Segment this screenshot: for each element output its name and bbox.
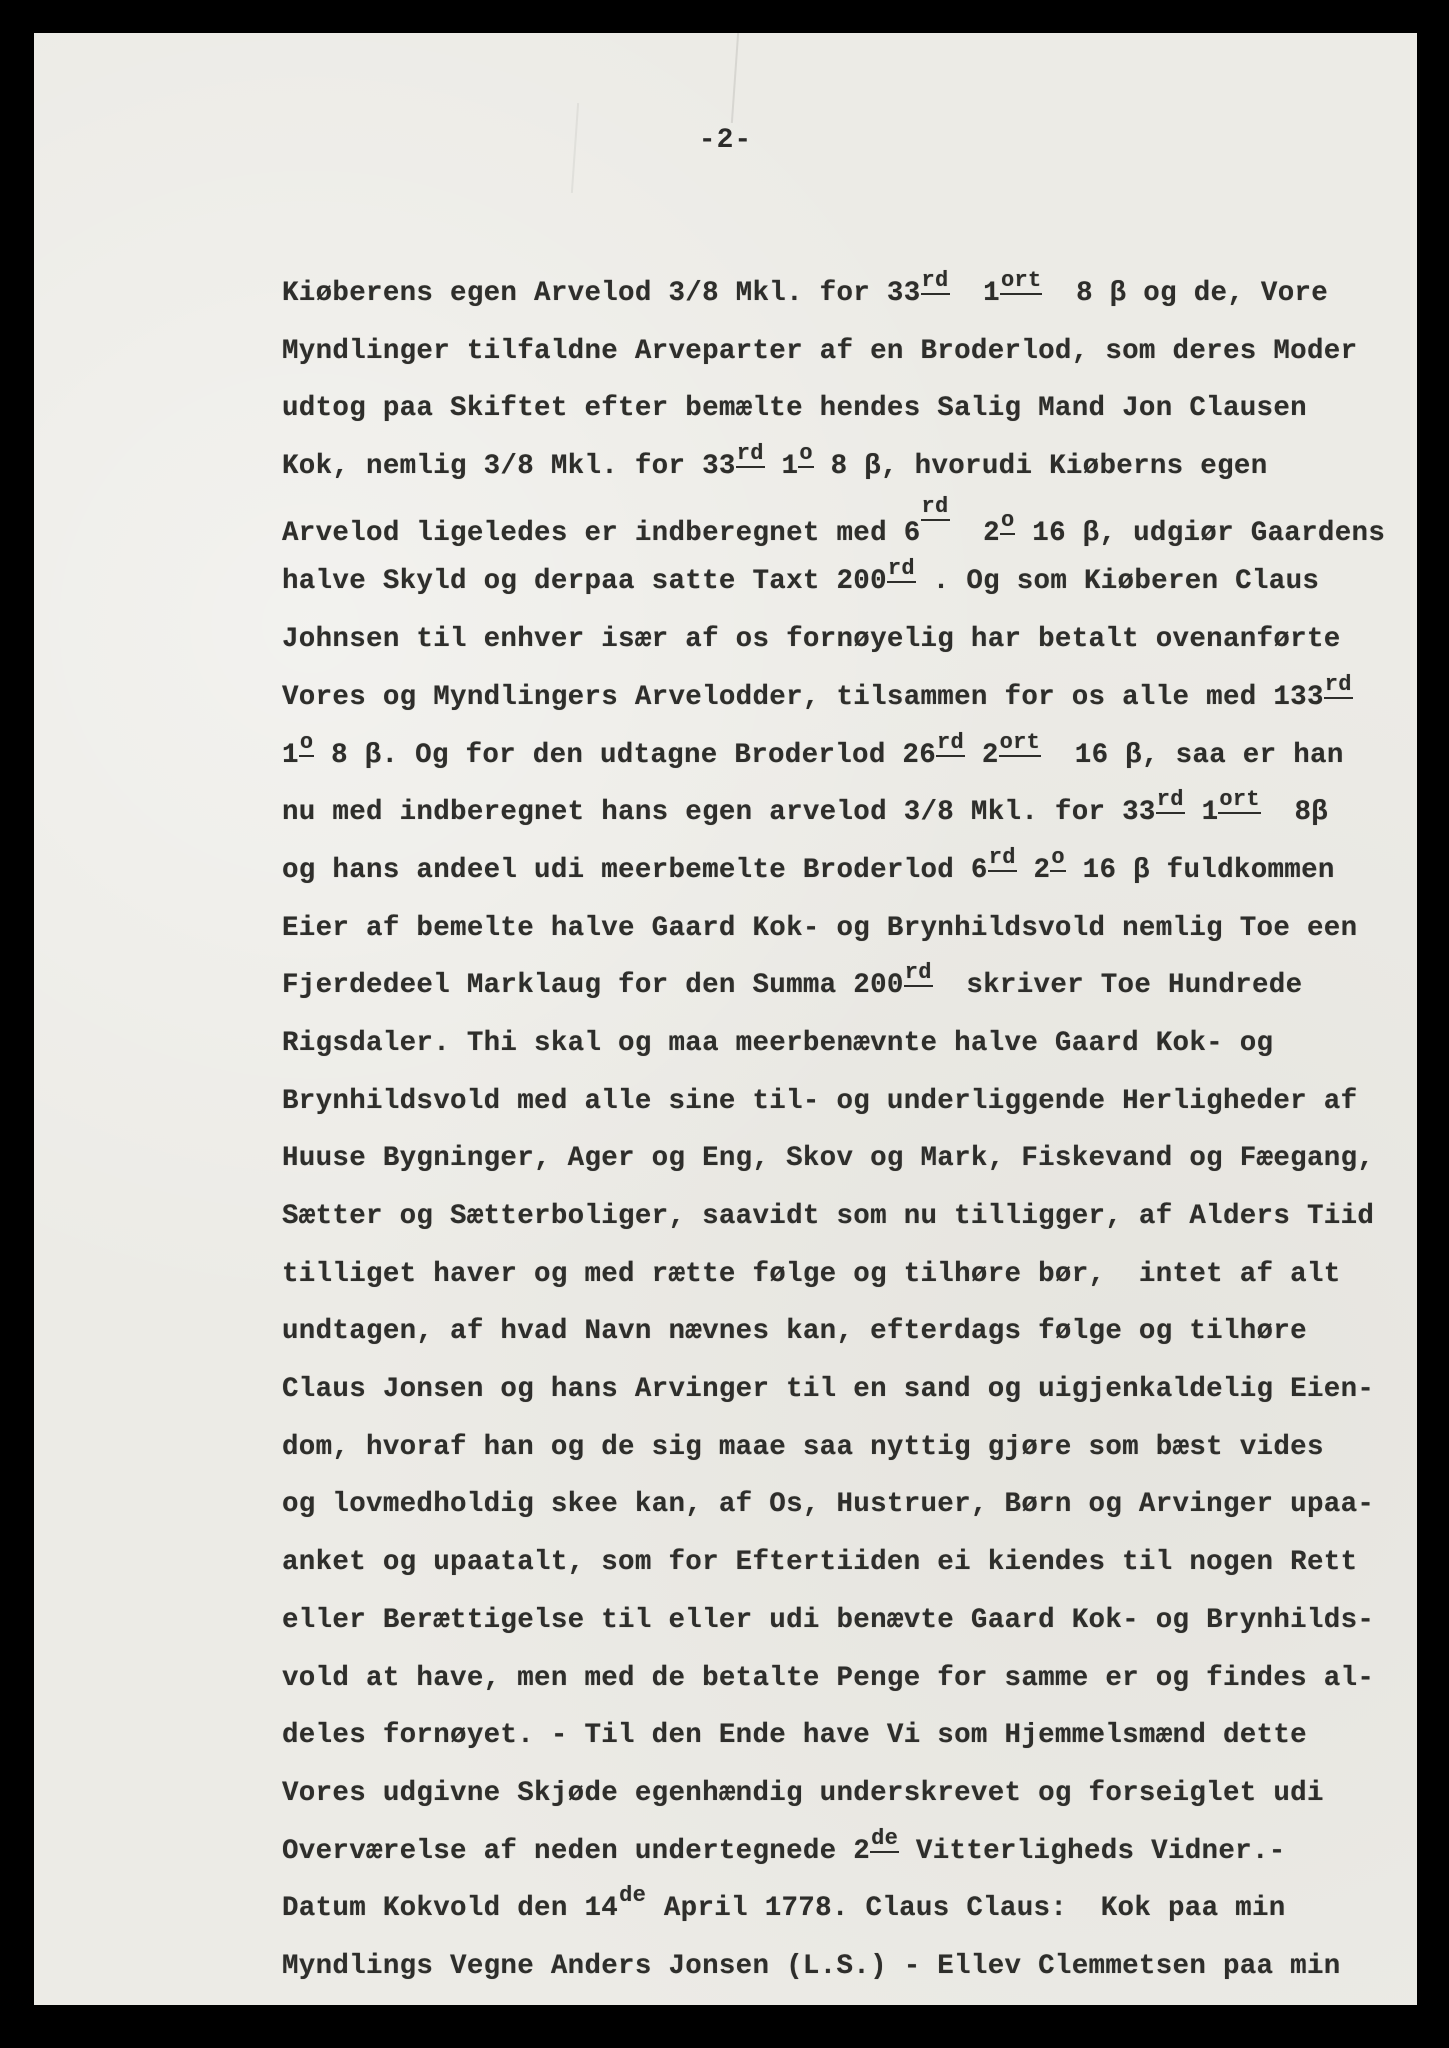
text-segment: 16 β fuldkommen — [1066, 855, 1335, 886]
superscript-abbreviation: rd — [921, 270, 950, 295]
text-segment: 2 — [950, 518, 1000, 549]
text-segment: Brynhildsvold med alle sine til- og unde… — [282, 1086, 1357, 1117]
text-line: deles fornøyet. - Til den Ende have Vi s… — [282, 1707, 1402, 1765]
superscript-abbreviation: ort — [999, 732, 1042, 757]
superscript-abbreviation: rd — [736, 443, 765, 468]
text-segment: 2 — [965, 740, 999, 771]
text-line: Kiøberens egen Arvelod 3/8 Mkl. for 33rd… — [282, 265, 1402, 323]
text-line: Claus Jonsen og hans Arvinger til en san… — [282, 1361, 1402, 1419]
text-segment: halve Skyld og derpaa satte Taxt 200 — [282, 566, 887, 597]
text-segment: skriver Toe Hundrede — [933, 970, 1303, 1001]
text-segment: Sætter og Sætterboliger, saavidt som nu … — [282, 1201, 1374, 1232]
text-line: undtagen, af hvad Navn nævnes kan, efter… — [282, 1303, 1402, 1361]
text-line: Rigsdaler. Thi skal og maa meerbenævnte … — [282, 1015, 1402, 1073]
page-number: -2- — [34, 125, 1417, 156]
text-segment: Vores udgivne Skjøde egenhændig underskr… — [282, 1778, 1324, 1809]
text-segment: April 1778. Claus Claus: Kok paa min — [647, 1893, 1286, 1924]
text-segment: Kok, nemlig 3/8 Mkl. for 33 — [282, 451, 736, 482]
text-line: Sætter og Sætterboliger, saavidt som nu … — [282, 1188, 1402, 1246]
text-segment: 1 — [950, 278, 1000, 309]
text-line: Myndlinger tilfaldne Arveparter af en Br… — [282, 323, 1402, 381]
text-segment: Fjerdedeel Marklaug for den Summa 200 — [282, 970, 904, 1001]
text-line: Fjerdedeel Marklaug for den Summa 200rd … — [282, 957, 1402, 1015]
text-line: Overværelse af neden undertegnede 2de Vi… — [282, 1823, 1402, 1881]
text-segment: Datum Kokvold den 14 — [282, 1893, 618, 1924]
text-segment: eller Berættigelse til eller udi benævte… — [282, 1605, 1374, 1636]
text-segment: 8 β og de, Vore — [1042, 278, 1328, 309]
text-segment: undtagen, af hvad Navn nævnes kan, efter… — [282, 1316, 1307, 1347]
text-segment: Claus Jonsen og hans Arvinger til en san… — [282, 1374, 1374, 1405]
text-segment: 1 — [765, 451, 799, 482]
superscript-abbreviation: rd — [936, 732, 965, 757]
superscript-abbreviation: o — [798, 443, 814, 468]
text-segment: Myndlinger tilfaldne Arveparter af en Br… — [282, 336, 1357, 367]
text-line: tilliget haver og med rætte følge og til… — [282, 1246, 1402, 1304]
text-line: Kok, nemlig 3/8 Mkl. for 33rd 1o 8 β, hv… — [282, 438, 1402, 496]
text-segment: 2 — [1017, 855, 1051, 886]
text-segment: deles fornøyet. - Til den Ende have Vi s… — [282, 1720, 1307, 1751]
text-segment: Kiøberens egen Arvelod 3/8 Mkl. for 33 — [282, 278, 921, 309]
text-segment: Overværelse af neden undertegnede 2 — [282, 1836, 870, 1867]
text-line: Brynhildsvold med alle sine til- og unde… — [282, 1073, 1402, 1131]
superscript-abbreviation: o — [1000, 510, 1016, 535]
text-segment: 8β — [1261, 797, 1328, 828]
text-segment: 1 — [1185, 797, 1219, 828]
text-segment: anket og upaatalt, som for Eftertiiden e… — [282, 1547, 1357, 1578]
text-line: 1o 8 β. Og for den udtagne Broderlod 26r… — [282, 727, 1402, 785]
text-line: Johnsen til enhver især af os fornøyelig… — [282, 611, 1402, 669]
superscript-abbreviation: rd — [1156, 789, 1185, 814]
text-line: Eier af bemelte halve Gaard Kok- og Bryn… — [282, 900, 1402, 958]
text-line: og hans andeel udi meerbemelte Broderlod… — [282, 842, 1402, 900]
paper-crease-mark — [731, 33, 739, 123]
text-segment: 8 β. Og for den udtagne Broderlod 26 — [314, 740, 936, 771]
superscript-abbreviation: rd — [988, 847, 1017, 872]
text-line: Vores udgivne Skjøde egenhændig underskr… — [282, 1765, 1402, 1823]
superscript-abbreviation: rd — [921, 496, 950, 521]
text-segment: Huuse Bygninger, Ager og Eng, Skov og Ma… — [282, 1143, 1374, 1174]
text-line: Vores og Myndlingers Arvelodder, tilsamm… — [282, 669, 1402, 727]
text-segment: 1 — [282, 740, 299, 771]
text-line: Arvelod ligeledes er indberegnet med 6rd… — [282, 496, 1402, 554]
text-segment: nu med indberegnet hans egen arvelod 3/8… — [282, 797, 1156, 828]
text-segment: Myndlings Vegne Anders Jonsen (L.S.) - E… — [282, 1951, 1341, 1982]
text-segment: Rigsdaler. Thi skal og maa meerbenævnte … — [282, 1028, 1273, 1059]
text-segment: Johnsen til enhver især af os fornøyelig… — [282, 624, 1341, 655]
text-line: halve Skyld og derpaa satte Taxt 200rd .… — [282, 553, 1402, 611]
text-line: Myndlings Vegne Anders Jonsen (L.S.) - E… — [282, 1938, 1402, 1996]
text-segment: tilliget haver og med rætte følge og til… — [282, 1259, 1341, 1290]
text-segment: og lovmedholdig skee kan, af Os, Hustrue… — [282, 1489, 1374, 1520]
typewritten-body: Kiøberens egen Arvelod 3/8 Mkl. for 33rd… — [282, 265, 1402, 1996]
text-line: nu med indberegnet hans egen arvelod 3/8… — [282, 784, 1402, 842]
superscript-abbreviation: de — [618, 1885, 647, 1908]
text-segment: Eier af bemelte halve Gaard Kok- og Bryn… — [282, 913, 1357, 944]
text-segment: Arvelod ligeledes er indberegnet med 6 — [282, 518, 921, 549]
text-line: Huuse Bygninger, Ager og Eng, Skov og Ma… — [282, 1130, 1402, 1188]
text-line: dom, hvoraf han og de sig maae saa nytti… — [282, 1419, 1402, 1477]
text-segment: dom, hvoraf han og de sig maae saa nytti… — [282, 1432, 1324, 1463]
superscript-abbreviation: o — [1050, 847, 1066, 872]
text-line: vold at have, men med de betalte Penge f… — [282, 1650, 1402, 1708]
text-line: Datum Kokvold den 14de April 1778. Claus… — [282, 1880, 1402, 1938]
text-segment: Vitterligheds Vidner.- — [899, 1836, 1285, 1867]
text-segment: Vores og Myndlingers Arvelodder, tilsamm… — [282, 682, 1324, 713]
text-segment: . Og som Kiøberen Claus — [916, 566, 1319, 597]
superscript-abbreviation: ort — [1218, 789, 1261, 814]
text-line: anket og upaatalt, som for Eftertiiden e… — [282, 1534, 1402, 1592]
text-line: udtog paa Skiftet efter bemælte hendes S… — [282, 380, 1402, 438]
text-segment: 16 β, saa er han — [1041, 740, 1343, 771]
text-segment: 8 β, hvorudi Kiøberns egen — [814, 451, 1268, 482]
superscript-abbreviation: rd — [887, 558, 916, 583]
document-page: -2- Kiøberens egen Arvelod 3/8 Mkl. for … — [34, 33, 1417, 2005]
text-segment: udtog paa Skiftet efter bemælte hendes S… — [282, 393, 1307, 424]
text-line: og lovmedholdig skee kan, af Os, Hustrue… — [282, 1476, 1402, 1534]
superscript-abbreviation: o — [299, 732, 315, 757]
superscript-abbreviation: de — [870, 1828, 899, 1853]
text-segment: 16 β, udgiør Gaardens — [1015, 518, 1385, 549]
superscript-abbreviation: rd — [1324, 674, 1353, 699]
text-segment: og hans andeel udi meerbemelte Broderlod… — [282, 855, 988, 886]
text-segment: vold at have, men med de betalte Penge f… — [282, 1663, 1374, 1694]
text-line: eller Berættigelse til eller udi benævte… — [282, 1592, 1402, 1650]
superscript-abbreviation: ort — [1000, 270, 1043, 295]
superscript-abbreviation: rd — [904, 962, 933, 987]
